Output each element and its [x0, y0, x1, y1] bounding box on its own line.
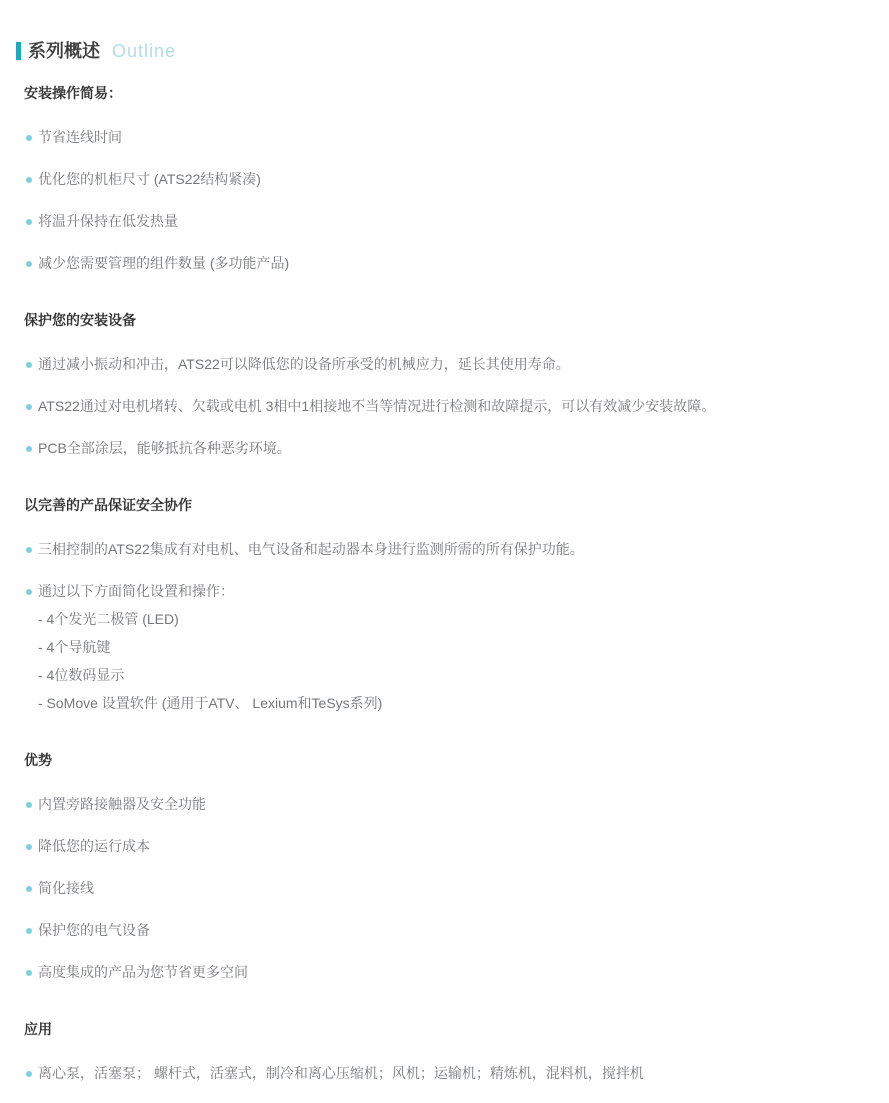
bullet-dot-icon — [26, 177, 32, 183]
list-item-text: 简化接线 — [38, 880, 94, 896]
sub-list-item: - 4位数码显示 — [38, 666, 865, 685]
list-item: 保护您的电气设备 — [24, 921, 865, 940]
page-title-en: Outline — [112, 40, 176, 62]
list-item-text: 节省连线时间 — [38, 129, 122, 145]
list-item-text: ATS22通过对电机堵转、欠载或电机 3相中1相接地不当等情况进行检测和故障提示… — [38, 398, 715, 414]
bullet-dot-icon — [26, 404, 32, 410]
content-section: 优势内置旁路接触器及安全功能降低您的运行成本简化接线保护您的电气设备高度集成的产… — [24, 753, 865, 982]
list-item: 通过减小振动和冲击，ATS22可以降低您的设备所承受的机械应力，延长其使用寿命。 — [24, 355, 865, 374]
list-item: 内置旁路接触器及安全功能 — [24, 795, 865, 814]
bullet-dot-icon — [26, 886, 32, 892]
list-item: 简化接线 — [24, 879, 865, 898]
bullet-list: 内置旁路接触器及安全功能降低您的运行成本简化接线保护您的电气设备高度集成的产品为… — [24, 795, 865, 982]
list-item: 减少您需要管理的组件数量 (多功能产品) — [24, 254, 865, 273]
list-item: 离心泵，活塞泵； 螺杆式，活塞式，制冷和离心压缩机；风机；运输机；精炼机，混料机… — [24, 1064, 865, 1083]
list-item: 将温升保持在低发热量 — [24, 212, 865, 231]
bullet-dot-icon — [26, 589, 32, 595]
list-item-text: PCB全部涂层，能够抵抗各种恶劣环境。 — [38, 440, 291, 456]
list-item: 节省连线时间 — [24, 128, 865, 147]
outline-page: { "colors": { "accent_bar": "#1fa9be", "… — [0, 0, 889, 1103]
bullet-list: 节省连线时间优化您的机柜尺寸 (ATS22结构紧凑)将温升保持在低发热量减少您需… — [24, 128, 865, 273]
bullet-dot-icon — [26, 446, 32, 452]
page-title-zh: 系列概述 — [28, 40, 100, 62]
list-item-text: 通过以下方面简化设置和操作： — [38, 583, 234, 599]
bullet-list: 通过减小振动和冲击，ATS22可以降低您的设备所承受的机械应力，延长其使用寿命。… — [24, 355, 865, 458]
section-heading: 以完善的产品保证安全协作 — [24, 498, 865, 513]
content-section: 以完善的产品保证安全协作三相控制的ATS22集成有对电机、电气设备和起动器本身进… — [24, 498, 865, 713]
bullet-dot-icon — [26, 135, 32, 141]
bullet-dot-icon — [26, 1071, 32, 1077]
content-section: 应用离心泵，活塞泵； 螺杆式，活塞式，制冷和离心压缩机；风机；运输机；精炼机，混… — [24, 1022, 865, 1083]
list-item-text: 离心泵，活塞泵； 螺杆式，活塞式，制冷和离心压缩机；风机；运输机；精炼机，混料机… — [38, 1065, 644, 1081]
list-item: 三相控制的ATS22集成有对电机、电气设备和起动器本身进行监测所需的所有保护功能… — [24, 540, 865, 559]
bullet-dot-icon — [26, 970, 32, 976]
list-item: 降低您的运行成本 — [24, 837, 865, 856]
content-section: 保护您的安装设备通过减小振动和冲击，ATS22可以降低您的设备所承受的机械应力，… — [24, 313, 865, 458]
bullet-list: 离心泵，活塞泵； 螺杆式，活塞式，制冷和离心压缩机；风机；运输机；精炼机，混料机… — [24, 1064, 865, 1083]
page-title: 系列概述 Outline — [16, 40, 865, 62]
content-section: 安装操作简易：节省连线时间优化您的机柜尺寸 (ATS22结构紧凑)将温升保持在低… — [24, 86, 865, 273]
list-item-text: 通过减小振动和冲击，ATS22可以降低您的设备所承受的机械应力，延长其使用寿命。 — [38, 356, 570, 372]
outline-content: 系列概述 Outline 安装操作简易：节省连线时间优化您的机柜尺寸 (ATS2… — [24, 40, 865, 1083]
list-item: 高度集成的产品为您节省更多空间 — [24, 963, 865, 982]
list-item-text: 减少您需要管理的组件数量 (多功能产品) — [38, 255, 289, 271]
list-item-text: 优化您的机柜尺寸 (ATS22结构紧凑) — [38, 171, 261, 187]
list-item-text: 高度集成的产品为您节省更多空间 — [38, 964, 248, 980]
bullet-dot-icon — [26, 362, 32, 368]
section-heading: 安装操作简易： — [24, 86, 865, 101]
sub-list-item: - 4个导航键 — [38, 638, 865, 657]
list-item: PCB全部涂层，能够抵抗各种恶劣环境。 — [24, 439, 865, 458]
list-item-text: 将温升保持在低发热量 — [38, 213, 178, 229]
bullet-dot-icon — [26, 928, 32, 934]
accent-bar-icon — [16, 42, 21, 60]
sub-list-item: - SoMove 设置软件 (通用于ATV、 Lexium和TeSys系列) — [38, 694, 865, 713]
bullet-dot-icon — [26, 547, 32, 553]
list-item-text: 保护您的电气设备 — [38, 922, 150, 938]
bullet-dot-icon — [26, 844, 32, 850]
sub-list-item: - 4个发光二极管 (LED) — [38, 610, 865, 629]
bullet-dot-icon — [26, 219, 32, 225]
section-heading: 保护您的安装设备 — [24, 313, 865, 328]
list-item: 优化您的机柜尺寸 (ATS22结构紧凑) — [24, 170, 865, 189]
list-item: 通过以下方面简化设置和操作：- 4个发光二极管 (LED)- 4个导航键- 4位… — [24, 582, 865, 713]
sections-container: 安装操作简易：节省连线时间优化您的机柜尺寸 (ATS22结构紧凑)将温升保持在低… — [24, 86, 865, 1083]
list-item-text: 内置旁路接触器及安全功能 — [38, 796, 206, 812]
section-heading: 应用 — [24, 1022, 865, 1037]
bullet-dot-icon — [26, 261, 32, 267]
bullet-dot-icon — [26, 802, 32, 808]
bullet-list: 三相控制的ATS22集成有对电机、电气设备和起动器本身进行监测所需的所有保护功能… — [24, 540, 865, 713]
section-heading: 优势 — [24, 753, 865, 768]
list-item: ATS22通过对电机堵转、欠载或电机 3相中1相接地不当等情况进行检测和故障提示… — [24, 397, 865, 416]
list-item-text: 降低您的运行成本 — [38, 838, 150, 854]
list-item-text: 三相控制的ATS22集成有对电机、电气设备和起动器本身进行监测所需的所有保护功能… — [38, 541, 584, 557]
